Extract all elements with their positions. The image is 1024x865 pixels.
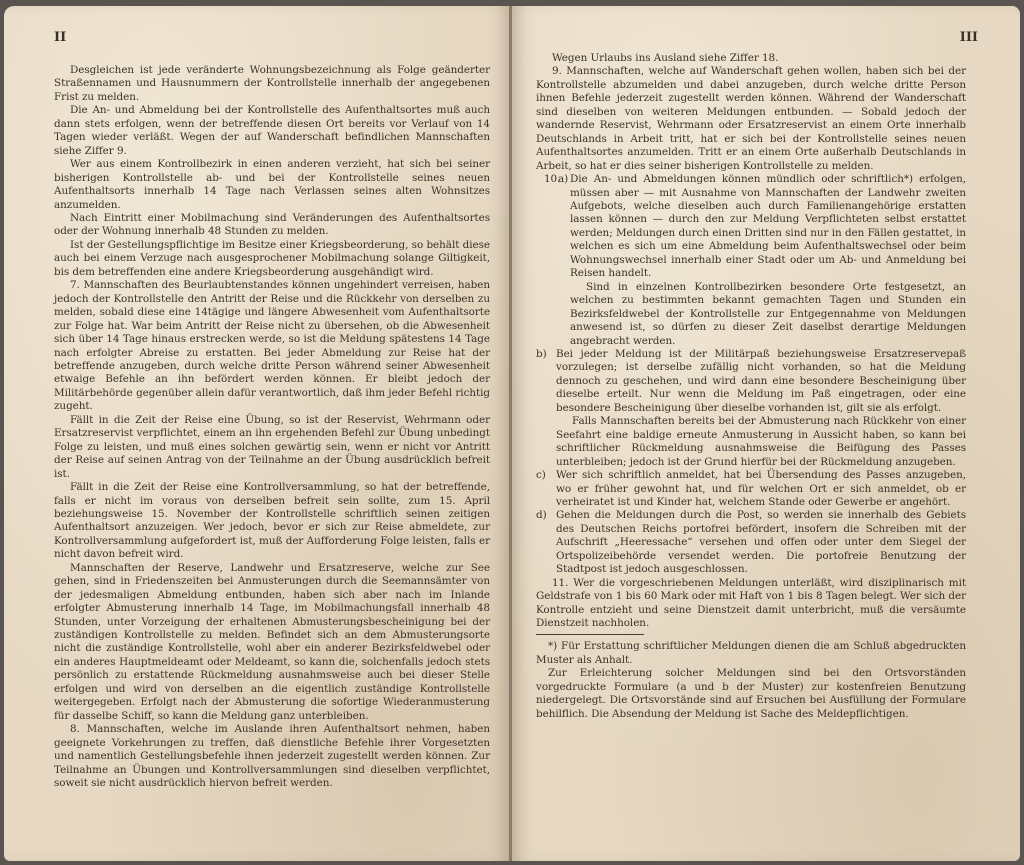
item-label: b) xyxy=(536,348,547,361)
paragraph: Gehen die Meldungen durch die Post, so w… xyxy=(556,509,966,576)
paragraph: Fällt in die Zeit der Reise eine Kontrol… xyxy=(54,481,490,562)
paragraph: Desgleichen ist jede veränderte Wohnungs… xyxy=(54,64,490,104)
section-10b: b) Bei jeder Meldung ist der Militärpaß … xyxy=(536,348,966,469)
paragraph: Sind in einzelnen Kontrollbezirken beson… xyxy=(570,281,966,348)
paragraph: Ist der Gestellungspflichtige im Besitze… xyxy=(54,239,490,279)
paragraph: Bei jeder Meldung ist der Militärpaß bez… xyxy=(556,348,966,415)
paragraph: Die An- und Abmeldungen können mündlich … xyxy=(570,173,966,281)
booklet-spread: II Desgleichen ist jede veränderte Wohnu… xyxy=(0,0,1024,865)
footnote: *) Für Erstattung schriftlicher Meldunge… xyxy=(536,640,966,667)
paragraph: Falls Mannschaften bereits bei der Abmus… xyxy=(556,415,966,469)
section-10d: d) Gehen die Meldungen durch die Post, s… xyxy=(536,509,966,576)
page-number: II xyxy=(54,30,66,45)
section-10c: c) Wer sich schriftlich anmeldet, hat be… xyxy=(536,469,966,509)
page-number: III xyxy=(960,30,978,45)
section-11: 11. Wer die vorgeschriebenen Meldungen u… xyxy=(536,577,966,631)
left-page: II Desgleichen ist jede veränderte Wohnu… xyxy=(4,6,510,861)
paragraph: Wer aus einem Kontrollbezirk in einen an… xyxy=(54,158,490,212)
right-page: III Wegen Urlaubs ins Ausland siehe Ziff… xyxy=(512,6,1020,861)
item-label: c) xyxy=(536,469,546,482)
right-page-text: Wegen Urlaubs ins Ausland siehe Ziffer 1… xyxy=(536,52,966,721)
paragraph: Nach Eintritt einer Mobilmachung sind Ve… xyxy=(54,212,490,239)
section-9: 9. Mannschaften, welche auf Wanderschaft… xyxy=(536,65,966,173)
intro-line: Wegen Urlaubs ins Ausland siehe Ziffer 1… xyxy=(536,52,966,65)
paragraph: Die An- und Abmeldung bei der Kontrollst… xyxy=(54,104,490,158)
footnote: Zur Erleichterung solcher Meldungen sind… xyxy=(536,667,966,721)
left-page-text: Desgleichen ist jede veränderte Wohnungs… xyxy=(54,64,490,790)
section-8: 8. Mannschaften, welche im Auslande ihre… xyxy=(54,723,490,790)
footnote-divider xyxy=(536,634,644,635)
item-label: d) xyxy=(536,509,547,522)
paragraph: Wer sich schriftlich anmeldet, hat bei Ü… xyxy=(556,469,966,509)
section-7: 7. Mannschaften des Beurlaubtenstandes k… xyxy=(54,279,490,414)
section-10a: 10. a) Die An- und Abmeldungen können mü… xyxy=(536,173,966,348)
paragraph: Mannschaften der Reserve, Landwehr und E… xyxy=(54,562,490,723)
paragraph: Fällt in die Zeit der Reise eine Übung, … xyxy=(54,414,490,481)
item-label: a) xyxy=(558,173,568,186)
